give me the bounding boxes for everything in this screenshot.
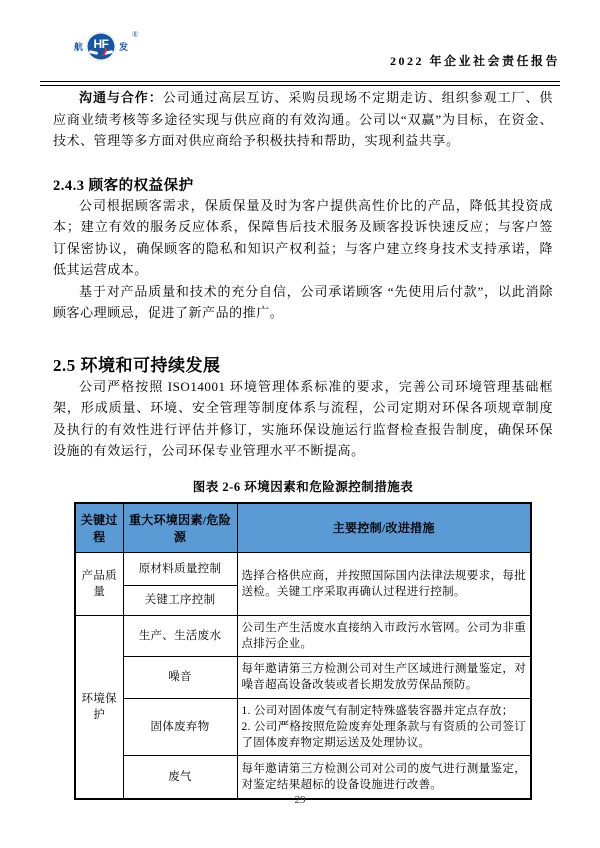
- section-2-4-3-paragraph-2: 基于对产品质量和技术的充分自信，公司承诺顾客 “先使用后付款”，以此消除顾客心理…: [53, 281, 553, 324]
- page-header: 航 HF 发 ® 2022 年企业社会责任报告: [0, 0, 600, 87]
- cell-exhaust-measure: 每年邀请第三方检测公司对公司的废气进行测量鉴定，对鉴定结果超标的设备设施进行改善…: [237, 755, 531, 799]
- communication-label: 沟通与合作：: [79, 90, 163, 105]
- env-control-measures-table: 关键过程 重大环境因素/危险源 主要控制/改进措施 产品质量 原材料质量控制 选…: [74, 502, 532, 800]
- page-body: 沟通与合作：公司通过高层互访、采购员现场不定期走访、组织参观工厂、供应商业绩考核…: [0, 87, 600, 800]
- table-caption: 图表 2-6 环境因素和危险源控制措施表: [53, 477, 553, 495]
- communication-paragraph: 沟通与合作：公司通过高层互访、采购员现场不定期走访、组织参观工厂、供应商业绩考核…: [53, 87, 553, 152]
- column-header-key-process: 关键过程: [75, 503, 123, 553]
- section-2-4-3-paragraph-1: 公司根据顾客需求，保质保量及时为客户提供高性价比的产品，降低其投资成本；建立有效…: [53, 195, 553, 281]
- header-divider: [40, 81, 560, 86]
- table-row: 固体废弃物 1. 公司对固体废气有制定特殊盛装容器并定点存放； 2. 公司严格按…: [75, 698, 531, 755]
- cell-product-quality: 产品质量: [75, 552, 123, 615]
- cell-product-measure: 选择合格供应商，并按照国际国内法律法规要求，每批送检。关键工序采取再确认过程进行…: [237, 552, 531, 615]
- section-2-4-3-heading: 2.4.3 顾客的权益保护: [53, 174, 553, 195]
- cell-solid-waste: 固体废弃物: [123, 698, 237, 755]
- registered-trademark-icon: ®: [132, 30, 138, 39]
- cell-noise: 噪音: [123, 656, 237, 698]
- section-2-5-paragraph-1: 公司严格按照 ISO14001 环境管理体系标准的要求，完善公司环境管理基础框架…: [53, 376, 553, 462]
- table-row: 废气 每年邀请第三方检测公司对公司的废气进行测量鉴定，对鉴定结果超标的设备设施进…: [75, 755, 531, 799]
- column-header-measures: 主要控制/改进措施: [237, 503, 531, 553]
- cell-exhaust: 废气: [123, 755, 237, 799]
- hf-emblem-icon: HF: [86, 32, 116, 61]
- cell-wastewater: 生产、生活废水: [123, 615, 237, 656]
- logo-right-char: 发: [119, 40, 128, 53]
- cell-wastewater-measure: 公司生产生活废水直接纳入市政污水管网。公司为非重点排污企业。: [237, 615, 531, 656]
- cell-env-protection: 环境保护: [75, 615, 123, 799]
- logo-red-swoosh-icon: [98, 46, 108, 58]
- report-title: 2022 年企业社会责任报告: [390, 52, 560, 69]
- table-row: 噪音 每年邀请第三方检测公司对生产区域进行测量鉴定，对噪音超高设备改装或者长期发…: [75, 656, 531, 698]
- table-row: 产品质量 原材料质量控制 选择合格供应商，并按照国际国内法律法规要求，每批送检。…: [75, 552, 531, 585]
- table-header-row: 关键过程 重大环境因素/危险源 主要控制/改进措施: [75, 503, 531, 553]
- table-row: 环境保护 生产、生活废水 公司生产生活废水直接纳入市政污水管网。公司为非重点排污…: [75, 615, 531, 656]
- document-page: 航 HF 发 ® 2022 年企业社会责任报告 沟通与合作：公司通过高层互访、采…: [0, 0, 600, 848]
- company-logo: 航 HF 发 ®: [74, 32, 137, 61]
- logo-left-char: 航: [74, 40, 83, 53]
- cell-solid-waste-measure: 1. 公司对固体废气有制定特殊盛装容器并定点存放； 2. 公司严格按照危险废弃处…: [237, 698, 531, 755]
- column-header-hazard: 重大环境因素/危险源: [123, 503, 237, 553]
- cell-raw-material: 原材料质量控制: [123, 552, 237, 585]
- cell-noise-measure: 每年邀请第三方检测公司对生产区域进行测量鉴定，对噪音超高设备改装或者长期发放劳保…: [237, 656, 531, 698]
- page-number: 29: [0, 794, 600, 806]
- section-2-5-heading: 2.5 环境和可持续发展: [53, 351, 553, 376]
- cell-key-process: 关键工序控制: [123, 585, 237, 615]
